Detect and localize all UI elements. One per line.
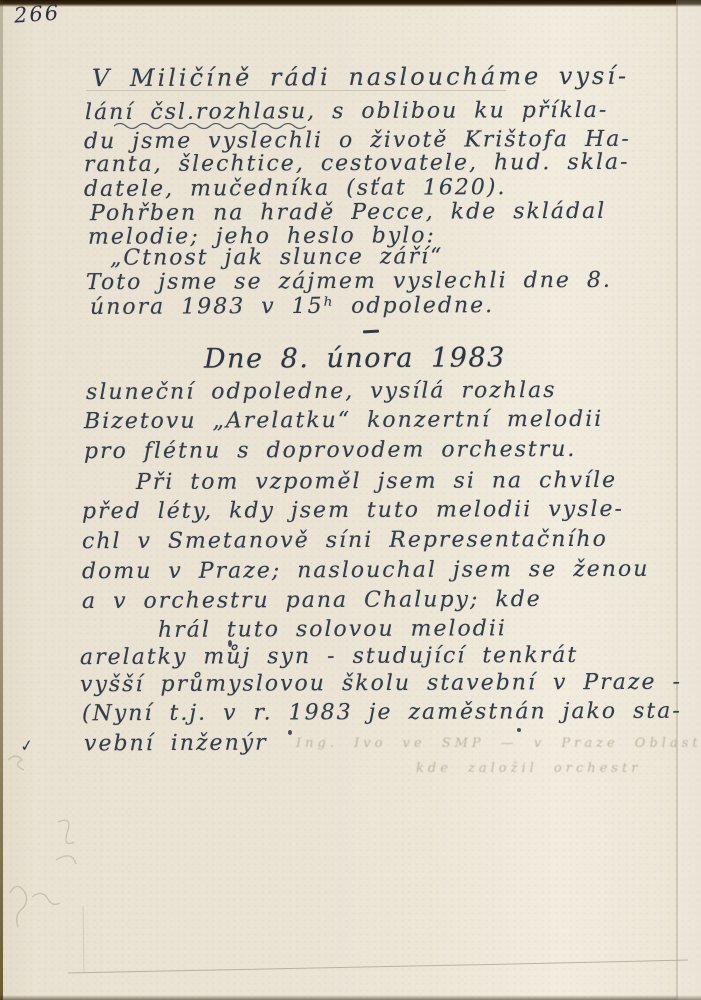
handwritten-line: hrál tuto solovou melodii [158,616,507,643]
ink-speck [288,730,292,735]
handwritten-line: chl v Smetanově síni Representačního [82,527,608,554]
margin-pencil-scribble [56,820,76,864]
vertical-pencil-line [83,906,84,973]
page-number: 266 [13,0,61,27]
handwritten-line: V Miličíně rádi nasloucháme vysí- [92,62,629,92]
separator-dash [363,330,379,334]
handwritten-line: datele, mučedníka (sťat 1620). [84,175,507,202]
handwritten-line: sluneční odpoledne, vysílá rozhlas [86,378,557,405]
handwritten-line: lání čsl.rozhlasu, s oblibou ku příkla- [85,98,608,125]
handwritten-line: domu v Praze; naslouchal jsem se ženou [82,557,649,584]
date-heading: Dne 8. února 1983 [204,342,506,374]
bottom-pencil-line [68,960,688,973]
handwritten-line: (Nyní t.j. v r. 1983 je zaměstnán jako s… [82,699,682,727]
handwritten-line: Pohřben na hradě Pecce, kde skládal [90,199,606,226]
margin-pencil-scribble [8,756,24,770]
pencil-annotation: kde založil orchestr [416,761,641,776]
ink-speck [228,640,232,647]
scan-edge-left [0,0,3,1000]
handwritten-line: „Ctnost jak slunce září“ [110,244,443,270]
handwritten-line: vyšší průmyslovou školu stavební v Praze… [80,670,682,698]
handwritten-line: Toto jsme se zájmem vyslechli dne 8. [86,268,612,295]
handwritten-line: vební inženýr [84,731,268,757]
margin-checkmark: ✓ [19,735,35,756]
handwritten-line: ranta, šlechtice, cestovatele, hud. skla… [84,150,630,177]
handwritten-line: před léty, kdy jsem tuto melodii vysle- [82,497,624,524]
handwritten-line: a v orchestru pana Chalupy; kde [82,587,542,614]
scanned-page: 266 V Miličíně rádi nasloucháme vysí- lá… [0,0,701,1000]
handwritten-line: Bizetovu „Arelatku“ konzertní melodii [84,407,603,434]
scan-edge-bottom [0,995,701,1000]
handwritten-line: pro flétnu s doprovodem orchestru. [84,437,576,464]
page-margin-highlight [678,0,701,1000]
margin-pencil-scribble [10,886,60,927]
pencil-annotation: Ing. Ivo ve SMP — v Praze Oblast [296,736,701,751]
scan-edge-top [0,0,701,7]
handwritten-line: února 1983 v 15ʰ odpoledne. [90,293,494,320]
handwritten-line: Při tom vzpoměl jsem si na chvíle [136,468,617,495]
ink-speck [517,728,521,732]
handwritten-line: arelatky můj syn - studující tenkrát [80,643,578,670]
